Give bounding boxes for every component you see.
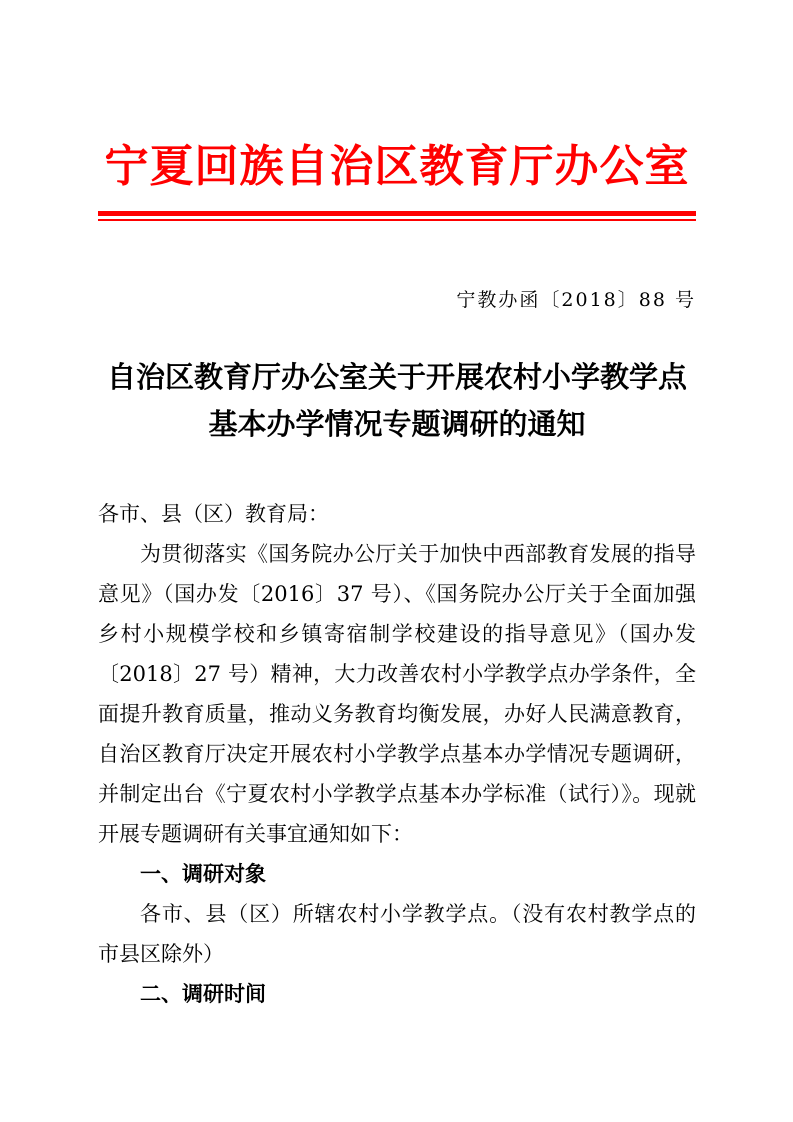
body-paragraph: 为贯彻落实《国务院办公厅关于加快中西部教育发展的指导意见》（国办发〔2016〕3… bbox=[98, 534, 696, 854]
document-title-line-2: 基本办学情况专题调研的通知 bbox=[98, 401, 696, 448]
document-title: 自治区教育厅办公室关于开展农村小学教学点 基本办学情况专题调研的通知 bbox=[98, 354, 696, 448]
document-number: 宁教办函〔2018〕88 号 bbox=[98, 289, 696, 311]
salutation-line: 各市、县（区）教育局： bbox=[98, 494, 696, 534]
document-content: 宁夏回族自治区教育厅办公室 宁教办函〔2018〕88 号 自治区教育厅办公室关于… bbox=[0, 139, 793, 1014]
section-heading-1: 一、调研对象 bbox=[98, 854, 696, 894]
section-heading-2: 二、调研时间 bbox=[98, 974, 696, 1014]
document-body: 各市、县（区）教育局： 为贯彻落实《国务院办公厅关于加快中西部教育发展的指导意见… bbox=[98, 494, 696, 1014]
document-page: 宁夏回族自治区教育厅办公室 宁教办函〔2018〕88 号 自治区教育厅办公室关于… bbox=[0, 0, 793, 1122]
masthead-org-title: 宁夏回族自治区教育厅办公室 bbox=[98, 139, 696, 195]
body-paragraph: 各市、县（区）所辖农村小学教学点。（没有农村教学点的市县区除外） bbox=[98, 894, 696, 974]
masthead-double-rule bbox=[98, 211, 696, 221]
document-title-line-1: 自治区教育厅办公室关于开展农村小学教学点 bbox=[98, 354, 696, 401]
